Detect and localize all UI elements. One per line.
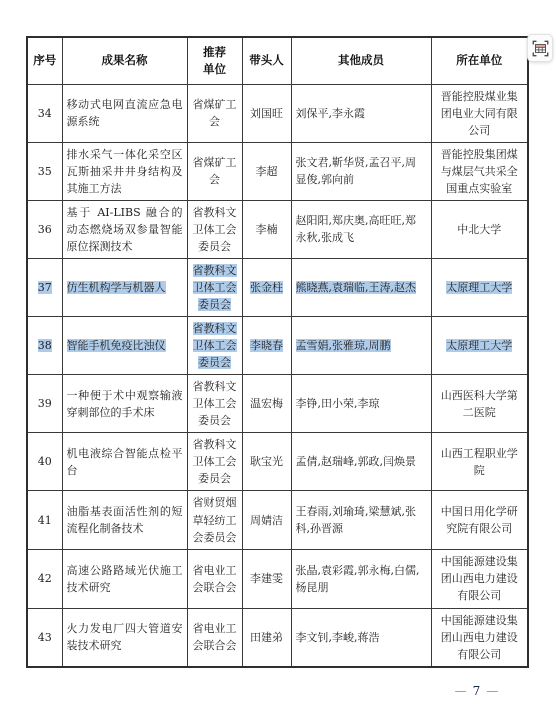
- cell-recommender: 省电业工会联合会: [187, 608, 242, 667]
- cell-organization: 晋能控股煤业集团电业大同有限公司: [431, 84, 528, 142]
- cell-text: 张金柱: [250, 281, 283, 294]
- cell-text: 43: [38, 631, 52, 644]
- cell-text: 熊晓燕,袁瑞临,王涛,赵杰: [296, 281, 417, 294]
- cell-leader: 田建弟: [242, 608, 291, 667]
- cell-text: 中国日用化学研究院有限公司: [441, 505, 518, 535]
- cell-serial: 37: [27, 258, 62, 316]
- table-row: 35 排水采气一体化采空区瓦斯抽采井井身结构及其施工方法 省煤矿工会 李超 张文…: [27, 142, 528, 200]
- cell-text: 刘国旺: [250, 107, 283, 120]
- cell-members: 孟雪娟,张雅琼,周鹏: [291, 317, 431, 375]
- header-row: 序号成果名称推荐单位带头人其他成员所在单位: [27, 37, 528, 84]
- cell-achievement: 排水采气一体化采空区瓦斯抽采井井身结构及其施工方法: [62, 142, 187, 200]
- cell-text: 赵阳阳,郑庆奥,高旺旺,郑永秋,张成飞: [296, 214, 417, 244]
- cell-text: 一种便于术中观察输液穿刺部位的手术床: [67, 389, 183, 419]
- cell-text: 省煤矿工会: [193, 98, 237, 128]
- footer-right-dash: —: [481, 684, 504, 698]
- cell-recommender: 省煤矿工会: [187, 84, 242, 142]
- cell-text: 火力发电厂四大管道安装技术研究: [67, 622, 183, 652]
- cell-text: 35: [38, 165, 52, 178]
- cell-members: 李文钊,李峻,蒋浩: [291, 608, 431, 667]
- cell-leader: 温宏梅: [242, 375, 291, 433]
- cell-serial: 43: [27, 608, 62, 667]
- cell-organization: 山西医科大学第二医院: [431, 375, 528, 433]
- cell-text: 36: [38, 223, 52, 236]
- cell-text: 省教科文卫体工会委员会: [193, 438, 237, 485]
- results-table-body: 34 移动式电网直流应急电源系统 省煤矿工会 刘国旺 刘保平,李永霞 晋能控股煤…: [27, 84, 528, 667]
- cell-text: 李楠: [256, 223, 278, 236]
- table-row: 41 油脂基表面活性剂的短流程化制备技术 省财贸烟草轻纺工会委员会 周婧洁 王春…: [27, 491, 528, 549]
- column-header-org: 所在单位: [431, 37, 528, 84]
- cell-members: 孟倩,赵瑞峰,郭政,闫焕景: [291, 433, 431, 491]
- cell-text: 周婧洁: [250, 514, 283, 527]
- table-row: 36 基于 AI-LIBS 融合的动态燃烧场双参量智能原位探测技术 省教科文卫体…: [27, 200, 528, 258]
- cell-serial: 40: [27, 433, 62, 491]
- footer-left-dash: —: [450, 684, 473, 698]
- cell-organization: 中国能源建设集团山西电力建设有限公司: [431, 608, 528, 667]
- cell-text: 高速公路路域光伏施工技术研究: [67, 564, 183, 594]
- table-row: 40 机电液综合智能点检平台 省教科文卫体工会委员会 耿宝光 孟倩,赵瑞峰,郭政…: [27, 433, 528, 491]
- cell-text: 李超: [256, 165, 278, 178]
- cell-achievement: 机电液综合智能点检平台: [62, 433, 187, 491]
- column-header-serial: 序号: [27, 37, 62, 84]
- cell-text: 田建弟: [250, 631, 283, 644]
- cell-leader: 刘国旺: [242, 84, 291, 142]
- cell-text: 排水采气一体化采空区瓦斯抽采井井身结构及其施工方法: [67, 148, 183, 195]
- cell-text: 李晓春: [250, 339, 283, 352]
- cell-recommender: 省电业工会联合会: [187, 549, 242, 608]
- cell-text: 王春雨,刘瑜琦,梁慧斌,张科,孙晋源: [296, 505, 417, 535]
- cell-leader: 张金柱: [242, 258, 291, 316]
- cell-text: 省教科文卫体工会委员会: [193, 206, 237, 253]
- cell-text: 晋能控股煤业集团电业大同有限公司: [441, 90, 518, 137]
- cell-achievement: 高速公路路域光伏施工技术研究: [62, 549, 187, 608]
- cell-text: 李建雯: [250, 572, 283, 585]
- cell-achievement: 油脂基表面活性剂的短流程化制备技术: [62, 491, 187, 549]
- cell-achievement: 一种便于术中观察输液穿刺部位的手术床: [62, 375, 187, 433]
- cell-text: 省电业工会联合会: [193, 564, 237, 594]
- cell-text: 机电液综合智能点检平台: [67, 447, 183, 477]
- cell-members: 赵阳阳,郑庆奥,高旺旺,郑永秋,张成飞: [291, 200, 431, 258]
- cell-text: 39: [38, 397, 52, 410]
- cell-serial: 36: [27, 200, 62, 258]
- cell-text: 张文君,靳华贤,孟召平,周显俊,郭向前: [296, 156, 417, 186]
- cell-serial: 42: [27, 549, 62, 608]
- cell-text: 太原理工大学: [446, 281, 512, 294]
- cell-text: 40: [38, 455, 52, 468]
- cell-text: 省财贸烟草轻纺工会委员会: [193, 496, 237, 543]
- cell-text: 李铮,田小荣,李琼: [296, 397, 380, 410]
- cell-achievement: 智能手机免疫比浊仪: [62, 317, 187, 375]
- cell-recommender: 省财贸烟草轻纺工会委员会: [187, 491, 242, 549]
- column-header-leader: 带头人: [242, 37, 291, 84]
- cell-text: 油脂基表面活性剂的短流程化制备技术: [67, 505, 183, 535]
- column-header-unit: 推荐单位: [187, 37, 242, 84]
- table-row: 42 高速公路路域光伏施工技术研究 省电业工会联合会 李建雯 张晶,袁彩霞,郭永…: [27, 549, 528, 608]
- table-row: 39 一种便于术中观察输液穿刺部位的手术床 省教科文卫体工会委员会 温宏梅 李铮…: [27, 375, 528, 433]
- cell-text: 耿宝光: [250, 455, 283, 468]
- cell-recommender: 省教科文卫体工会委员会: [187, 375, 242, 433]
- cell-text: 34: [38, 107, 52, 120]
- cell-serial: 35: [27, 142, 62, 200]
- cell-organization: 中北大学: [431, 200, 528, 258]
- cell-serial: 34: [27, 84, 62, 142]
- cell-text: 37: [38, 281, 52, 294]
- cell-organization: 晋能控股集团煤与煤层气共采全国重点实验室: [431, 142, 528, 200]
- table-row: 37 仿生机构学与机器人 省教科文卫体工会委员会 张金柱 熊晓燕,袁瑞临,王涛,…: [27, 258, 528, 316]
- cell-text: 山西医科大学第二医院: [441, 389, 518, 419]
- cell-serial: 39: [27, 375, 62, 433]
- cell-leader: 耿宝光: [242, 433, 291, 491]
- table-capture-button[interactable]: [527, 34, 553, 62]
- cell-text: 中国能源建设集团山西电力建设有限公司: [441, 614, 518, 661]
- cell-members: 李铮,田小荣,李琼: [291, 375, 431, 433]
- cell-organization: 太原理工大学: [431, 258, 528, 316]
- cell-text: 温宏梅: [250, 397, 283, 410]
- results-table: 序号成果名称推荐单位带头人其他成员所在单位 34 移动式电网直流应急电源系统 省…: [26, 36, 529, 668]
- page-number: —7—: [437, 684, 517, 698]
- cell-text: 中北大学: [457, 223, 501, 236]
- cell-members: 王春雨,刘瑜琦,梁慧斌,张科,孙晋源: [291, 491, 431, 549]
- cell-recommender: 省煤矿工会: [187, 142, 242, 200]
- cell-members: 熊晓燕,袁瑞临,王涛,赵杰: [291, 258, 431, 316]
- cell-leader: 李晓春: [242, 317, 291, 375]
- cell-recommender: 省教科文卫体工会委员会: [187, 258, 242, 316]
- cell-text: 中国能源建设集团山西电力建设有限公司: [441, 555, 518, 602]
- cell-text: 刘保平,李永霞: [296, 107, 366, 120]
- cell-text: 智能手机免疫比浊仪: [67, 339, 166, 352]
- table-row: 38 智能手机免疫比浊仪 省教科文卫体工会委员会 李晓春 孟雪娟,张雅琼,周鹏 …: [27, 317, 528, 375]
- table-row: 34 移动式电网直流应急电源系统 省煤矿工会 刘国旺 刘保平,李永霞 晋能控股煤…: [27, 84, 528, 142]
- cell-serial: 38: [27, 317, 62, 375]
- table-row: 43 火力发电厂四大管道安装技术研究 省电业工会联合会 田建弟 李文钊,李峻,蒋…: [27, 608, 528, 667]
- cell-recommender: 省教科文卫体工会委员会: [187, 433, 242, 491]
- cell-achievement: 火力发电厂四大管道安装技术研究: [62, 608, 187, 667]
- cell-text: 山西工程职业学院: [441, 447, 518, 477]
- cell-text: 省煤矿工会: [193, 156, 237, 186]
- cell-text: 移动式电网直流应急电源系统: [67, 98, 183, 128]
- cell-text: 41: [38, 514, 52, 527]
- document-page: 序号成果名称推荐单位带头人其他成员所在单位 34 移动式电网直流应急电源系统 省…: [26, 36, 529, 668]
- cell-organization: 山西工程职业学院: [431, 433, 528, 491]
- cell-text: 省电业工会联合会: [193, 622, 237, 652]
- cell-text: 孟雪娟,张雅琼,周鹏: [296, 339, 391, 352]
- cell-achievement: 移动式电网直流应急电源系统: [62, 84, 187, 142]
- cell-text: 太原理工大学: [446, 339, 512, 352]
- cell-text: 孟倩,赵瑞峰,郭政,闫焕景: [296, 455, 417, 468]
- cell-leader: 李超: [242, 142, 291, 200]
- cell-organization: 太原理工大学: [431, 317, 528, 375]
- cell-text: 晋能控股集团煤与煤层气共采全国重点实验室: [441, 148, 518, 195]
- cell-serial: 41: [27, 491, 62, 549]
- cell-leader: 李建雯: [242, 549, 291, 608]
- cell-text: 38: [38, 339, 52, 352]
- table-capture-icon: [532, 40, 549, 57]
- cell-leader: 周婧洁: [242, 491, 291, 549]
- cell-text: 基于 AI-LIBS 融合的动态燃烧场双参量智能原位探测技术: [67, 206, 183, 253]
- cell-text: 42: [38, 572, 52, 585]
- cell-organization: 中国能源建设集团山西电力建设有限公司: [431, 549, 528, 608]
- cell-achievement: 仿生机构学与机器人: [62, 258, 187, 316]
- cell-text: 省教科文卫体工会委员会: [193, 380, 237, 427]
- column-header-name: 成果名称: [62, 37, 187, 84]
- cell-text: 仿生机构学与机器人: [67, 281, 166, 294]
- cell-achievement: 基于 AI-LIBS 融合的动态燃烧场双参量智能原位探测技术: [62, 200, 187, 258]
- cell-members: 张晶,袁彩霞,郭永梅,白儒,杨昆朋: [291, 549, 431, 608]
- cell-organization: 中国日用化学研究院有限公司: [431, 491, 528, 549]
- cell-recommender: 省教科文卫体工会委员会: [187, 200, 242, 258]
- cell-leader: 李楠: [242, 200, 291, 258]
- cell-text: 省教科文卫体工会委员会: [193, 322, 237, 369]
- cell-recommender: 省教科文卫体工会委员会: [187, 317, 242, 375]
- cell-text: 省教科文卫体工会委员会: [193, 264, 237, 311]
- cell-text: 张晶,袁彩霞,郭永梅,白儒,杨昆朋: [296, 564, 420, 594]
- cell-members: 刘保平,李永霞: [291, 84, 431, 142]
- cell-text: 李文钊,李峻,蒋浩: [296, 631, 380, 644]
- column-header-members: 其他成员: [291, 37, 431, 84]
- cell-members: 张文君,靳华贤,孟召平,周显俊,郭向前: [291, 142, 431, 200]
